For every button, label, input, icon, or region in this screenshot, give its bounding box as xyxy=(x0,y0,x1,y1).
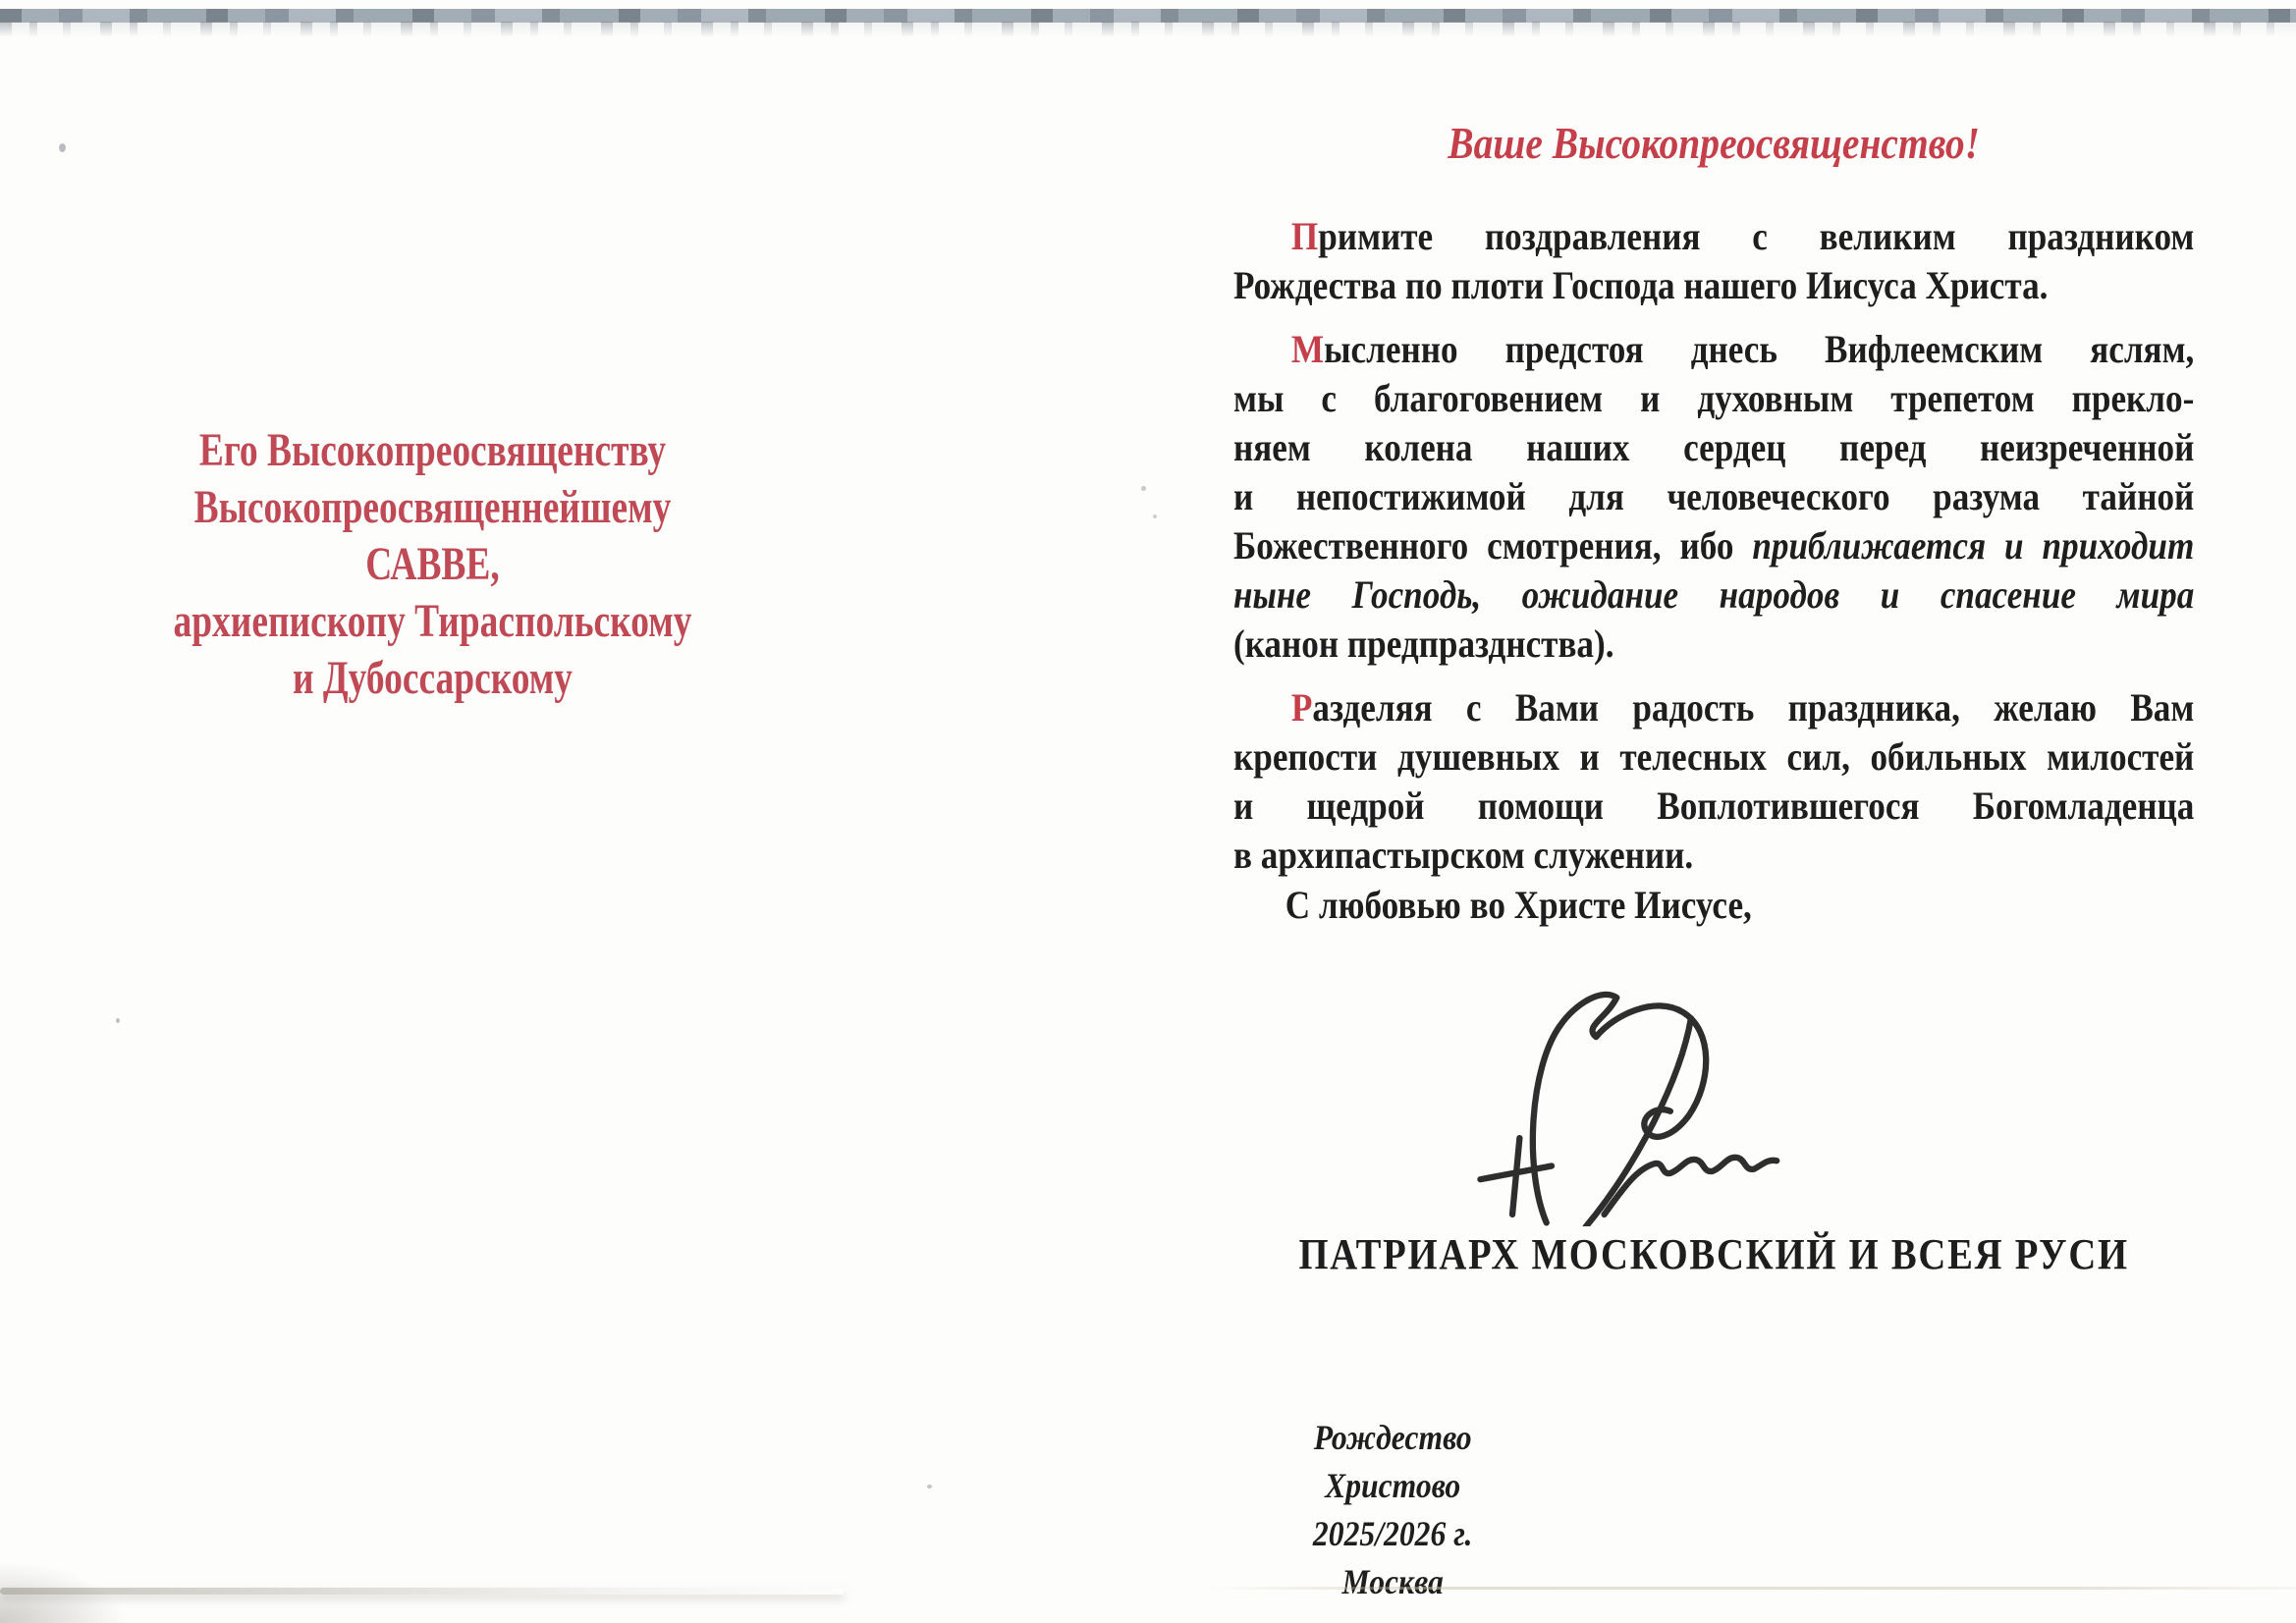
drop-cap: М xyxy=(1291,327,1324,371)
body-line: мы с благоговением и духовным трепетом п… xyxy=(1233,374,2194,423)
body-text: и щедрой помощи Воплотившегося Богомладе… xyxy=(1233,784,2194,828)
footer-line: Москва xyxy=(1245,1558,1540,1606)
body-text: (канон предпразднства). xyxy=(1233,622,1614,666)
quoted-italic-text: ныне Господь, ожидание народов и спасени… xyxy=(1233,572,2194,617)
drop-cap: П xyxy=(1291,214,1318,258)
signoff: С любовью во Христе Иисусе, xyxy=(1233,882,2194,928)
body-text: в архипастырском служении. xyxy=(1233,833,1693,877)
scan-speck xyxy=(927,1485,932,1488)
scan-speck xyxy=(1153,514,1157,518)
body-text: няем колена наших сердец перед неизречен… xyxy=(1233,425,2194,469)
quoted-italic-text: приближается и приходит xyxy=(1752,523,2194,568)
footer-line: 2025/2026 г. xyxy=(1245,1510,1540,1558)
salutation: Ваше Высокопреосвященство! xyxy=(1233,118,2194,169)
scanned-letter: Его ВысокопреосвященствуВысокопреосвящен… xyxy=(0,0,2296,1623)
letter-content: Ваше Высокопреосвященство! Примите поздр… xyxy=(1233,0,2194,1623)
body-text: и непостижимой для человеческого разума … xyxy=(1233,474,2194,518)
signature-diagonal xyxy=(1586,1018,1691,1226)
body-line: ныне Господь, ожидание народов и спасени… xyxy=(1233,570,2194,620)
body-text: азделяя с Вами радость праздника, желаю … xyxy=(1312,685,2194,730)
body-line: и непостижимой для человеческого разума … xyxy=(1233,472,2194,521)
body-line: Божественного смотрения, ибо приближаетс… xyxy=(1233,521,2194,570)
scan-speck xyxy=(116,1018,120,1023)
body-line: в архипастырском служении. xyxy=(1233,831,2194,880)
body-paragraph: Примите поздравления с великим празднико… xyxy=(1233,212,2194,310)
address-line: Высокопреосвященнейшему САВВЕ, xyxy=(145,479,720,593)
scan-speck xyxy=(59,143,66,152)
body-line: няем колена наших сердец перед неизречен… xyxy=(1233,423,2194,472)
address-line: и Дубоссарскому xyxy=(145,650,720,707)
body-line: и щедрой помощи Воплотившегося Богомладе… xyxy=(1233,782,2194,831)
body-line: Разделяя с Вами радость праздника, желаю… xyxy=(1233,683,2194,732)
body-text: Рождества по плоти Господа нашего Иисуса… xyxy=(1233,263,2048,307)
body-line: Мысленно предстоя днесь Вифлеемским ясля… xyxy=(1233,325,2194,374)
body-paragraph: Мысленно предстоя днесь Вифлеемским ясля… xyxy=(1233,325,2194,669)
patriarch-title: ПАТРИАРХ МОСКОВСКИЙ И ВСЕЯ РУСИ xyxy=(1233,1229,2194,1279)
body-text: ысленно предстоя днесь Вифлеемским яслям… xyxy=(1324,327,2194,371)
signature xyxy=(1451,965,1813,1226)
letter-body: Примите поздравления с великим празднико… xyxy=(1233,212,2194,894)
footer-line: Рождество Христово xyxy=(1245,1414,1540,1510)
scan-shadow-bottom-right xyxy=(1208,1587,2296,1590)
body-text: римите поздравления с великим праздником xyxy=(1318,214,2194,258)
body-paragraph: Разделяя с Вами радость праздника, желаю… xyxy=(1233,683,2194,880)
signature-loop xyxy=(1533,995,1706,1222)
body-line: крепости душевных и телесных сил, обильн… xyxy=(1233,732,2194,782)
address-line: Его Высокопреосвященству xyxy=(145,422,720,479)
body-line: Примите поздравления с великим празднико… xyxy=(1233,212,2194,261)
body-line: Рождества по плоти Господа нашего Иисуса… xyxy=(1233,261,2194,310)
address-block: Его ВысокопреосвященствуВысокопреосвящен… xyxy=(145,422,720,707)
body-text: Божественного смотрения, ибо xyxy=(1233,523,1752,568)
date-place-block: Рождество Христово2025/2026 г.Москва xyxy=(1245,1414,1540,1606)
body-line: (канон предпразднства). xyxy=(1233,620,2194,669)
address-line: архиепископу Тираспольскому xyxy=(145,593,720,650)
body-text: крепости душевных и телесных сил, обильн… xyxy=(1233,734,2194,779)
drop-cap: Р xyxy=(1291,685,1312,730)
scan-speck xyxy=(1141,486,1146,491)
body-text: мы с благоговением и духовным трепетом п… xyxy=(1233,376,2194,420)
scan-corner-shade xyxy=(0,1561,128,1623)
